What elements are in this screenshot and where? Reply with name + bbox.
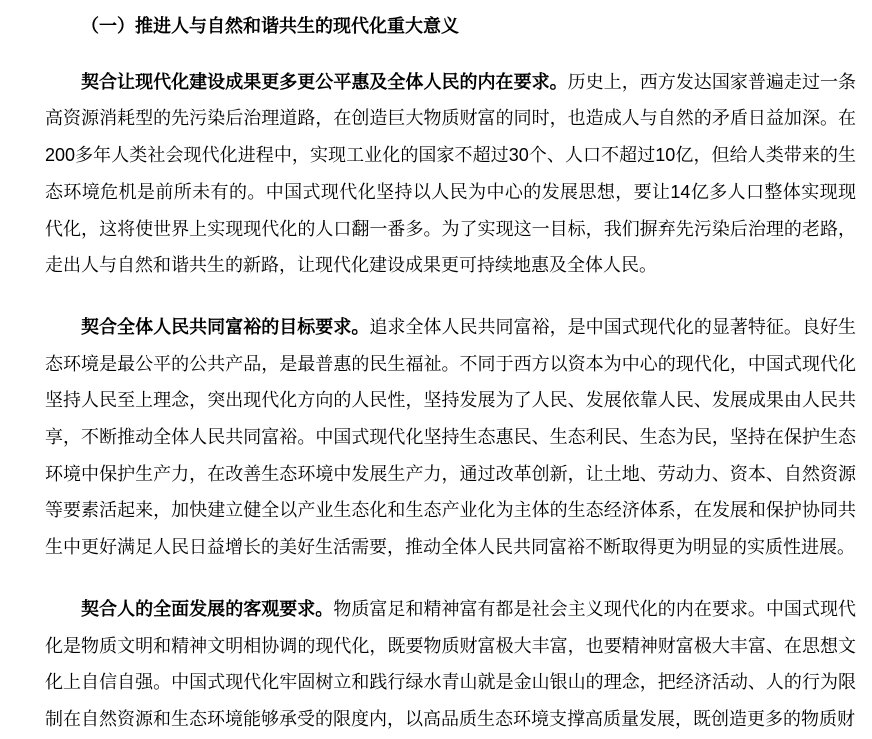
paragraph-3-lead: 契合人的全面发展的客观要求。 [81, 599, 333, 619]
paragraph-1-body: 历史上，西方发达国家普遍走过一条高资源消耗型的先污染后治理道路，在创造巨大物质财… [45, 72, 856, 276]
paragraph-3: 契合人的全面发展的客观要求。物质富足和精神富有都是社会主义现代化的内在要求。中国… [45, 591, 856, 738]
section-heading: （一）推进人与自然和谐共生的现代化重大意义 [45, 8, 856, 45]
paragraph-2-body: 追求全体人民共同富裕，是中国式现代化的显著特征。良好生态环境是最公平的公共产品，… [45, 317, 856, 557]
paragraph-2: 契合全体人民共同富裕的目标要求。追求全体人民共同富裕，是中国式现代化的显著特征。… [45, 309, 856, 566]
paragraph-2-lead: 契合全体人民共同富裕的目标要求。 [81, 317, 369, 337]
paragraph-1: 契合让现代化建设成果更多更公平惠及全体人民的内在要求。历史上，西方发达国家普遍走… [45, 64, 856, 284]
paragraph-1-lead: 契合让现代化建设成果更多更公平惠及全体人民的内在要求。 [81, 72, 568, 92]
document-page: （一）推进人与自然和谐共生的现代化重大意义 契合让现代化建设成果更多更公平惠及全… [0, 0, 872, 738]
